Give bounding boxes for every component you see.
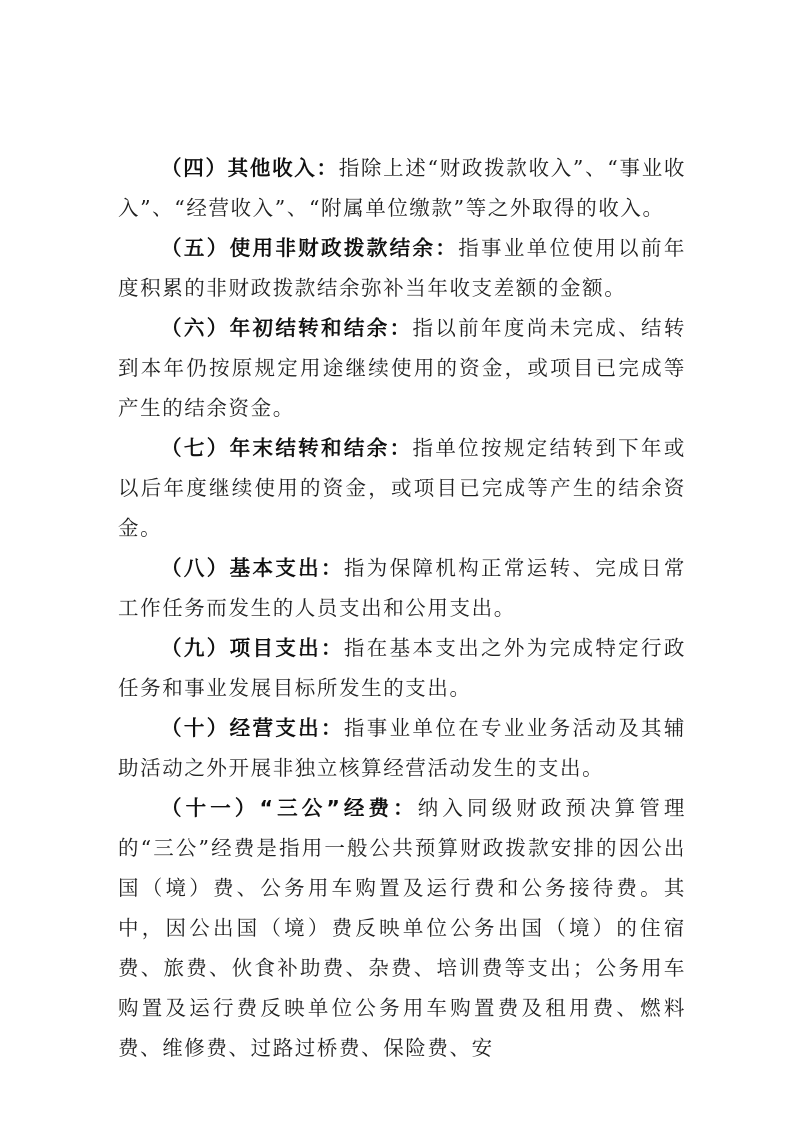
paragraph-closing-carryover: （七）年末结转和结余：指单位按规定结转到下年或以后年度继续使用的资金，或项目已完… <box>118 428 686 548</box>
term-label: （八）基本支出： <box>161 556 344 580</box>
term-label: （十一）“三公”经费： <box>161 796 418 820</box>
term-label: （九）项目支出： <box>161 636 344 660</box>
term-definition: 纳入同级财政预决算管理的“三公”经费是指用一般公共预算财政拨款安排的因公出国（境… <box>118 796 686 1060</box>
document-page: （四）其他收入：指除上述“财政拨款收入”、“事业收入”、“经营收入”、“附属单位… <box>118 148 686 1068</box>
paragraph-three-public-expenses: （十一）“三公”经费：纳入同级财政预决算管理的“三公”经费是指用一般公共预算财政… <box>118 788 686 1068</box>
term-label: （四）其他收入： <box>161 156 339 180</box>
paragraph-project-expenditure: （九）项目支出：指在基本支出之外为完成特定行政任务和事业发展目标所发生的支出。 <box>118 628 686 708</box>
term-label: （六）年初结转和结余： <box>161 316 412 340</box>
paragraph-operating-expenditure: （十）经营支出：指事业单位在专业业务活动及其辅助活动之外开展非独立核算经营活动发… <box>118 708 686 788</box>
paragraph-other-income: （四）其他收入：指除上述“财政拨款收入”、“事业收入”、“经营收入”、“附属单位… <box>118 148 686 228</box>
paragraph-non-fiscal-balance: （五）使用非财政拨款结余：指事业单位使用以前年度积累的非财政拨款结余弥补当年收支… <box>118 228 686 308</box>
paragraph-opening-carryover: （六）年初结转和结余：指以前年度尚未完成、结转到本年仍按原规定用途继续使用的资金… <box>118 308 686 428</box>
term-label: （七）年末结转和结余： <box>161 436 412 460</box>
paragraph-basic-expenditure: （八）基本支出：指为保障机构正常运转、完成日常工作任务而发生的人员支出和公用支出… <box>118 548 686 628</box>
term-label: （十）经营支出： <box>161 716 344 740</box>
term-label: （五）使用非财政拨款结余： <box>161 236 458 260</box>
